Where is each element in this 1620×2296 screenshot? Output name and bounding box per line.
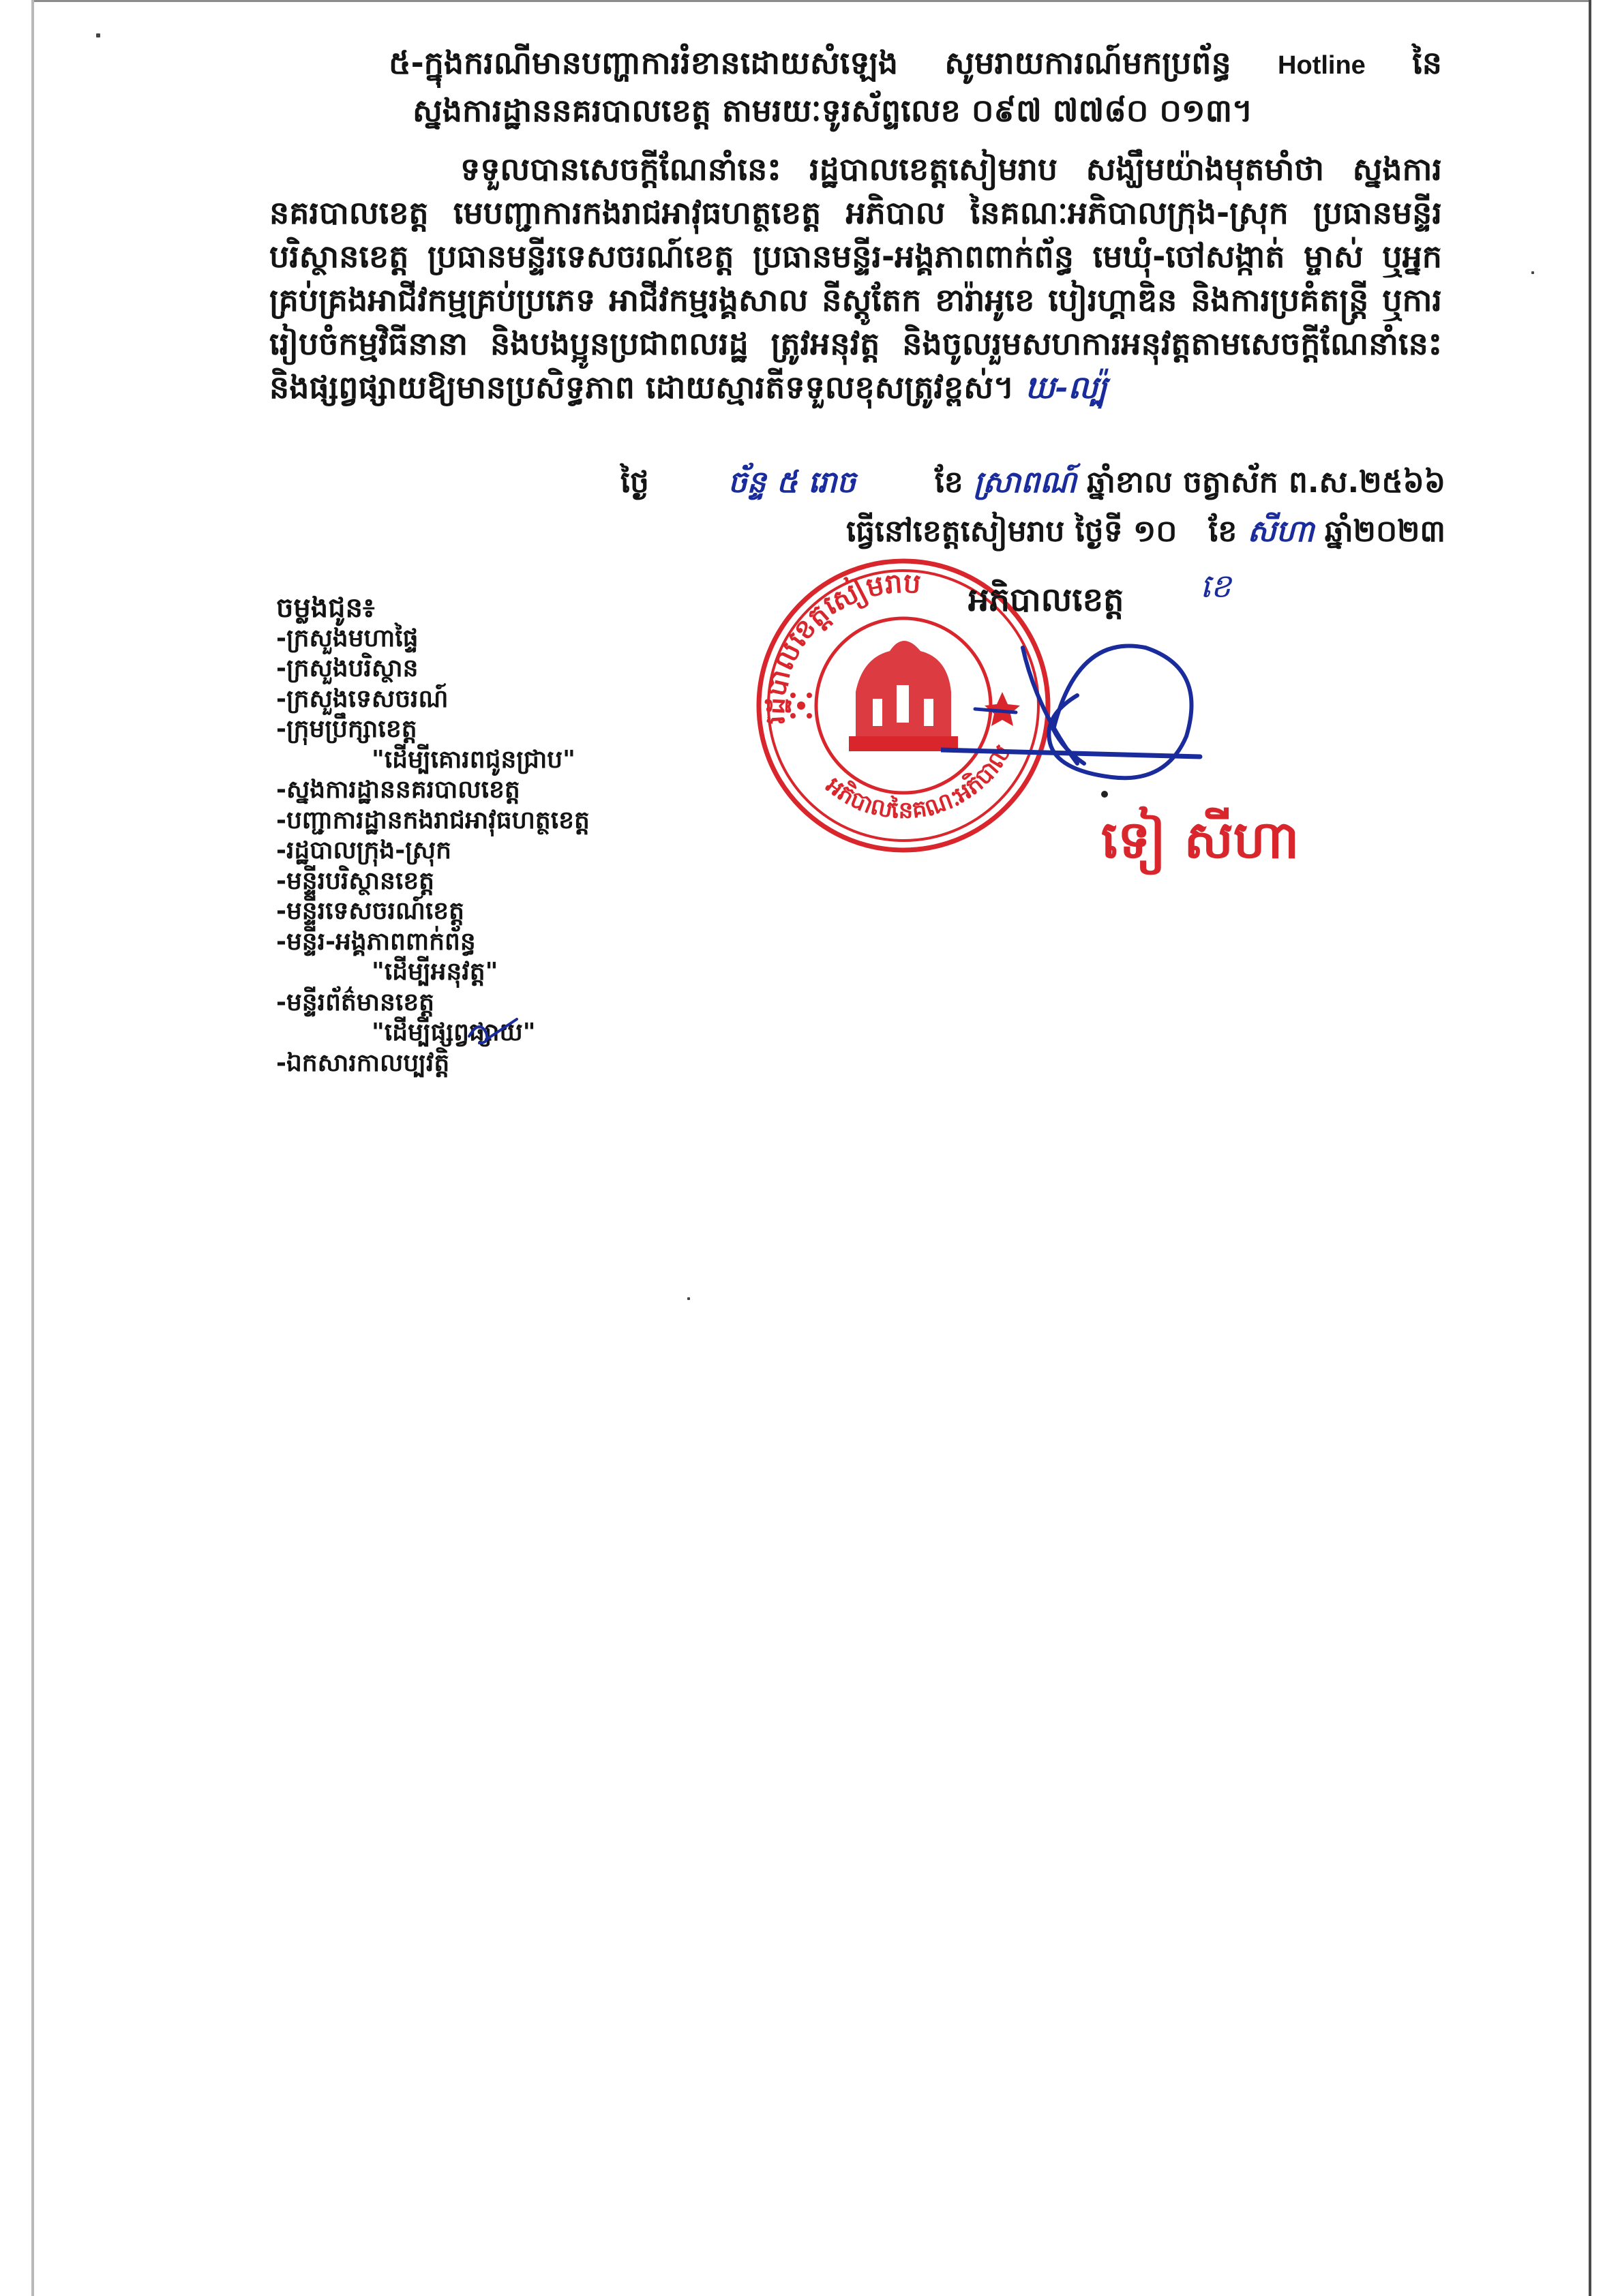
lunar-day-handwritten: ច័ន្ទ ៥ រោច — [728, 464, 856, 507]
list-item: -មន្ទីរទេសចរណ៍ខេត្ត — [276, 896, 590, 927]
signature-icon — [941, 627, 1227, 804]
distribution-heading: ចម្លងជូន៖ — [276, 593, 590, 624]
closing-line-6: និងផ្សព្វផ្សាយឱ្យមានប្រសិទ្ធភាព ដោយស្មារ… — [269, 365, 1442, 408]
scan-speck — [96, 33, 100, 37]
list-item: -មន្ទីរបរិស្ថានខេត្ត — [276, 866, 590, 897]
list-item: -ក្រុមប្រឹក្សាខេត្ត — [276, 714, 590, 745]
date-block: ថ្ងៃ ច័ន្ទ ៥ រោច ខែ ស្រាពណ៍ ឆ្នាំខាល ចត្… — [620, 464, 1445, 562]
initial-scribble-icon — [466, 1016, 520, 1050]
hotline-label: Hotline — [1278, 51, 1366, 80]
paragraph-5-line-1: ៥-ក្នុងករណីមានបញ្ហាការរំខានដោយសំឡេង សូមរ… — [269, 41, 1442, 85]
list-item: -ស្នងការដ្ឋាននគរបាលខេត្ត — [276, 775, 590, 806]
list-item: -ក្រសួងមហាផ្ទៃ — [276, 624, 590, 654]
closing-line-3: បរិស្ថានខេត្ត ប្រធានមន្ទីរទេសចរណ៍ខេត្ត ប… — [269, 234, 1442, 277]
list-item: -ក្រសួងបរិស្ថាន — [276, 654, 590, 684]
page-edge-top — [31, 0, 1591, 2]
closing-line-5: រៀបចំកម្មវិធីនានា និងបងប្អូនប្រជាពលរដ្ឋ … — [269, 321, 1442, 365]
closing-line-2: នគរបាលខេត្ត មេបញ្ជាការកងរាជអាវុធហត្ថខេត្… — [269, 190, 1442, 234]
distribution-list: ចម្លងជូន៖ -ក្រសួងមហាផ្ទៃ -ក្រសួងបរិស្ថាន… — [276, 593, 590, 1078]
scan-speck — [687, 1297, 690, 1300]
list-item: -មន្ទីរព័ត៌មានខេត្ត — [276, 988, 590, 1018]
list-item: -ក្រសួងទេសចរណ៍ — [276, 684, 590, 715]
list-item: -មន្ទីរ-អង្គភាពពាក់ព័ន្ធ — [276, 927, 590, 958]
list-item: -បញ្ជាការដ្ឋានកងរាជអាវុធហត្ថខេត្ត — [276, 806, 590, 836]
page-edge-right — [1589, 0, 1591, 2296]
scan-speck — [1531, 271, 1534, 274]
lunar-date: ថ្ងៃ ច័ន្ទ ៥ រោច ខែ ស្រាពណ៍ ឆ្នាំខាល ចត្… — [620, 464, 1445, 513]
closing-line-1: ទទួលបានសេចក្ដីណែនាំនេះ រដ្ឋបាលខេត្តសៀមរា… — [269, 147, 1442, 190]
list-item: -រដ្ឋបាលក្រុង-ស្រុក — [276, 836, 590, 866]
solar-date: ធ្វើនៅខេត្តសៀមរាប ថ្ងៃទី ១០ ខែ សីហា ឆ្នា… — [620, 513, 1445, 562]
handwritten-initials: ខេ — [1200, 566, 1231, 614]
month-handwritten: សីហា — [1248, 514, 1315, 549]
lunar-month-handwritten: ស្រាពណ៍ — [974, 465, 1077, 500]
handwritten-initial: ឃ-ល្ប៉ុ — [1025, 369, 1107, 406]
signer-name: ទៀ សីហា — [1101, 808, 1299, 883]
distribution-note: "ដើម្បីគោរពជូនជ្រាប" — [276, 745, 590, 776]
page-edge-left — [31, 0, 34, 2296]
distribution-note: "ដើម្បីអនុវត្ត" — [276, 957, 590, 988]
closing-paragraph: ទទួលបានសេចក្ដីណែនាំនេះ រដ្ឋបាលខេត្តសៀមរា… — [269, 147, 1442, 408]
closing-line-4: គ្រប់គ្រងអាជីវកម្មគ្រប់ប្រភេទ អាជីវកម្មរ… — [269, 277, 1442, 321]
paragraph-5-line-2: ស្នងការដ្ឋាននគរបាលខេត្ត តាមរយៈទូរស័ព្ទលេ… — [269, 89, 1442, 132]
list-item: -ឯកសារកាលប្បវត្តិ — [276, 1048, 590, 1079]
distribution-note: "ដើម្បីផ្សព្វផ្សាយ" — [276, 1018, 590, 1048]
paragraph-5: ៥-ក្នុងករណីមានបញ្ហាការរំខានដោយសំឡេង សូមរ… — [269, 41, 1442, 132]
signatory-title: អភិបាលខេត្ត — [968, 579, 1124, 627]
